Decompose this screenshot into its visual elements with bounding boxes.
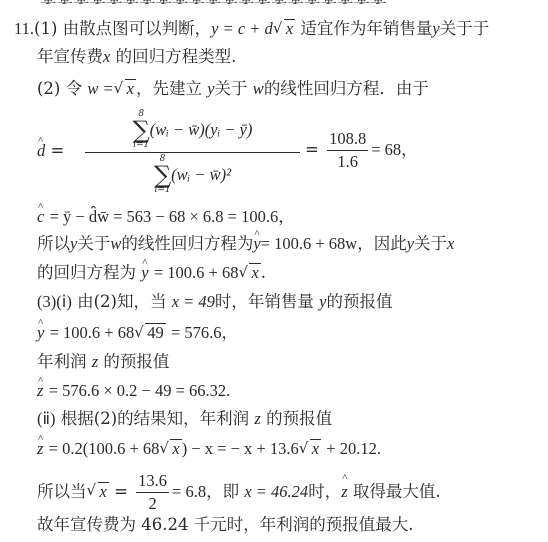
text: 由散点图可以判断， — [63, 19, 212, 38]
text: 年宣传费 — [37, 47, 103, 66]
sub2-line: (ⅱ) 根据(2)的结果知，年利润 z 的预报值 — [37, 408, 332, 430]
z-pred-line: z = 576.6 × 0.2 − 49 = 66.32. — [37, 380, 230, 402]
d-hat-fraction: 8∑i=1 (wᵢ − w̄)(yᵢ − ȳ) 8∑i=1 (wᵢ − w̄)² — [85, 108, 300, 197]
part2-line1: (2) 令 w =x，先建立 y关于 w的线性回归方程．由于 — [37, 78, 429, 100]
z-expr-line: z = 0.2(100.6 + 68x) − x = − x + 13.6x +… — [37, 438, 381, 460]
text: 令 — [66, 79, 83, 98]
cropped-previous-line: 某某某某某某某某某某某某某某某某某某某某某 — [40, 0, 540, 4]
fraction: 108.81.6 — [327, 128, 368, 173]
d-hat-value: = 108.81.6= 68， — [305, 128, 418, 173]
part1-line2: 年宣传费x 的回归方程类型. — [37, 46, 236, 68]
formula: y = c + d — [211, 19, 273, 38]
max-line: 所以当x = 13.62= 6.8，即 x = 46.24时，z 取得最大值. — [37, 470, 441, 515]
w-eq: w = — [87, 79, 113, 98]
part2-label: (2) — [37, 79, 60, 98]
regression-eq-line: 的回归方程为 y = 100.6 + 68x. — [37, 262, 266, 284]
var-w: w — [253, 79, 264, 98]
var-y: y — [207, 79, 214, 98]
profit-label-line: 年利润 z 的预报值 — [37, 351, 169, 373]
text: 的回归方程类型. — [116, 47, 237, 66]
conclusion-line: 故年宣传费为 46.24 千元时，年利润的预报值最大. — [37, 514, 413, 536]
var-x: x — [103, 47, 110, 66]
sum-symbol: 8∑i=1 — [133, 110, 150, 150]
sqrt-x: x — [116, 78, 136, 100]
d-result: = 68， — [371, 140, 417, 159]
text: 适宜作为年销售量 — [300, 19, 432, 38]
y-pred-line: y = 100.6 + 6849 = 576.6， — [37, 322, 238, 344]
part1-label: (1) — [34, 19, 57, 38]
text: ，先建立 — [136, 79, 202, 98]
text: 关于 — [440, 19, 473, 38]
part1-line1: 11.(1) 由散点图可以判断，y = c + dx 适宜作为年销售量y关于于 — [14, 18, 489, 40]
sum-symbol: 8∑i=1 — [154, 155, 171, 195]
denominator: (wᵢ − w̄)² — [171, 165, 231, 185]
var-y: y — [432, 19, 439, 38]
text: 关于 — [215, 79, 248, 98]
d-hat-lhs: d = — [37, 140, 64, 162]
c-hat: c — [37, 206, 44, 228]
text: 的线性回归方程．由于 — [264, 79, 429, 98]
linear-reg-line: 所以y关于w的线性回归方程为y= 100.6 + 68w，因此y关于x — [37, 233, 454, 255]
d-hat: d — [37, 140, 45, 162]
sqrt-x: x — [275, 18, 295, 40]
problem-number: 11. — [14, 19, 34, 38]
part3-line1: (3)(ⅰ) 由(2)知，当 x = 49时，年销售量 y的预报值 — [37, 291, 393, 313]
numerator: (wᵢ − w̄)(yᵢ − ȳ) — [150, 120, 253, 140]
